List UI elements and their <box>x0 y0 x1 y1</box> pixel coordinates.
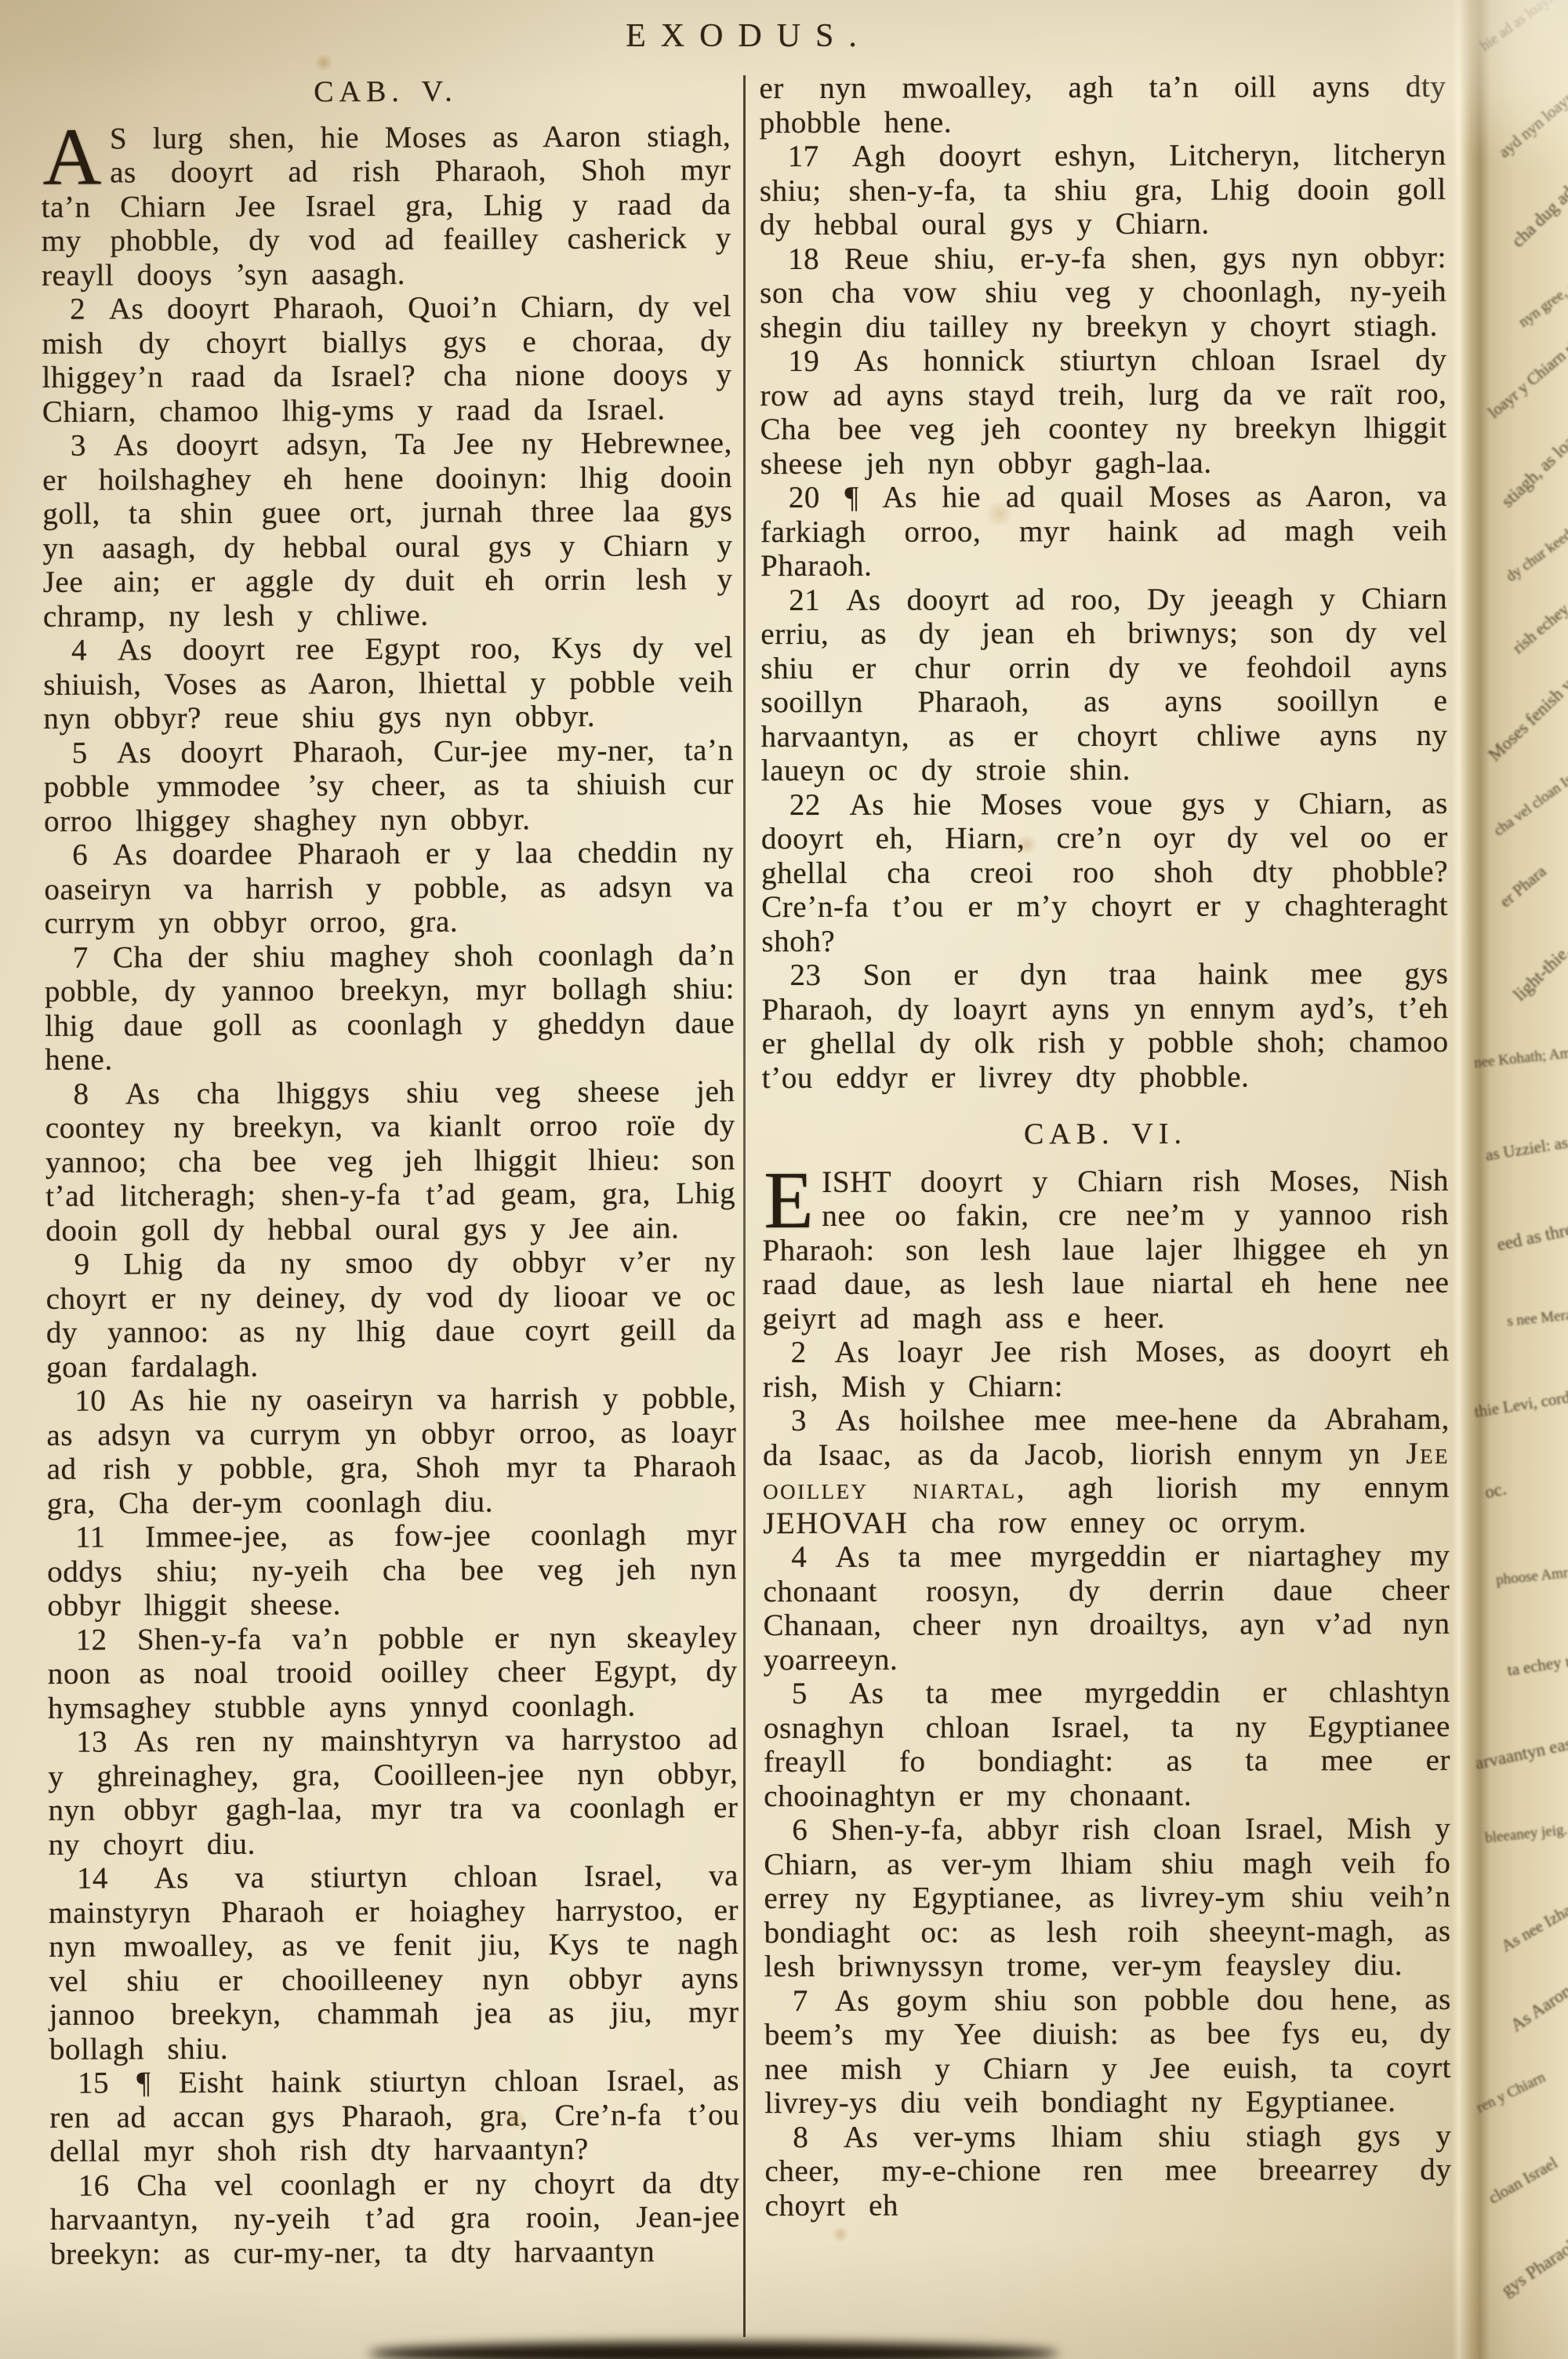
adjacent-page-text-fragment: ren y Chiarn <box>1474 2069 1548 2117</box>
verse-number: 10 <box>74 1383 129 1417</box>
verse: 2 As dooyrt Pharaoh, Quoi’n Chiarn, dy v… <box>42 289 732 429</box>
verse: 3 As dooyrt adsyn, Ta Jee ny Hebrewnee, … <box>42 426 733 634</box>
verse: 4 As ta mee myrgeddin er niartaghey my c… <box>763 1539 1450 1677</box>
verse-number: 8 <box>793 2120 844 2154</box>
foxing-stain <box>314 55 334 71</box>
verse: 18 Reue shiu, er-y-fa shen, gys nyn obby… <box>760 240 1446 344</box>
left-column: CAB. V.AS lurg shen, hie Moses as Aaron … <box>41 69 740 2271</box>
verse: 8 As cha lhiggys shiu veg sheese jeh coo… <box>45 1074 735 1248</box>
verse-number: 9 <box>74 1247 123 1281</box>
verse-number: 7 <box>793 1983 835 2017</box>
adjacent-page-text-fragment: bleeaney jeig. <box>1484 1822 1568 1848</box>
verse-number: 21 <box>789 583 846 616</box>
adjacent-page-text-fragment: eed as three bleea <box>1495 1209 1568 1255</box>
verse: 6 Shen-y-fa, abbyr rish cloan Israel, Mi… <box>764 1812 1451 1984</box>
verse-number: 4 <box>791 1540 835 1574</box>
verse-number: 3 <box>791 1404 836 1438</box>
foxing-stain <box>831 2227 850 2241</box>
verse-number: 5 <box>792 1677 849 1710</box>
page-title: EXODUS. <box>47 17 1450 55</box>
adjacent-page-edge: hie ad as loayrayd nyn loayr Mosescha du… <box>1452 0 1568 2359</box>
verse-number: 2 <box>70 293 109 326</box>
adjacent-page-text-fragment: cloan Israel <box>1485 2153 1561 2208</box>
verse: 8 As ver-yms lhiam shiu stiagh gys y che… <box>764 2118 1451 2223</box>
adjacent-page-text-fragment: thie Levi, corda <box>1473 1387 1568 1422</box>
adjacent-page-text-fragment: gys Pharaoh <box>1497 2234 1568 2301</box>
verse-number: 16 <box>78 2168 137 2202</box>
verse-number: 2 <box>791 1336 835 1369</box>
verse: EISHT dooyrt y Chiarn rish Moses, Nish n… <box>762 1163 1450 1336</box>
verse: 12 Shen-y-fa va’n pobble er nyn skeayley… <box>48 1620 739 1725</box>
adjacent-page-text-fragment: phoose Amram J <box>1495 1561 1568 1589</box>
adjacent-page-text-fragment: ta echey r’ee A <box>1506 1645 1568 1681</box>
verse-text: As hoilshee mee mee-hene da Abraham, da … <box>763 1402 1450 1472</box>
divine-name: JEHOVAH <box>763 1506 908 1539</box>
verse-number: 6 <box>792 1813 831 1847</box>
verse: 2 As loayr Jee rish Moses, as dooyrt eh … <box>763 1334 1450 1404</box>
adjacent-page-text-fragment: oc. <box>1483 1478 1508 1503</box>
adjacent-page-text-fragment: As nee Izhar; K <box>1498 1888 1568 1957</box>
adjacent-page-text-fragment: loayr y Chiarn rish M <box>1484 315 1568 422</box>
verse: 7 Cha der shiu maghey shoh coonlagh da’n… <box>45 938 735 1078</box>
chapter-heading: CAB. VI. <box>762 1117 1449 1153</box>
verse: 13 As ren ny mainshtyryn va harrystoo ad… <box>48 1722 739 1862</box>
verse-number: 14 <box>77 1861 154 1895</box>
adjacent-page-text-fragment: s nee Merari; Ma <box>1506 1303 1568 1331</box>
photo-bottom-shadow <box>368 2342 1058 2359</box>
verse-number: 4 <box>71 634 118 667</box>
verse-text: cha row enney oc orrym. <box>908 1505 1306 1539</box>
verse: 7 As goym shiu son pobble dou hene, as b… <box>764 1982 1451 2120</box>
chapter-heading: CAB. V. <box>41 74 731 111</box>
verse-continuation: er nyn mwoalley, agh ta’n oill ayns dty … <box>759 70 1446 140</box>
adjacent-page-text-fragment: er Phara <box>1496 862 1550 912</box>
verse-number: 23 <box>789 958 862 992</box>
verse: 20 ¶ As hie ad quail Moses as Aaron, va … <box>760 479 1447 583</box>
verse-number: 11 <box>75 1520 145 1554</box>
column-divider <box>743 75 746 2337</box>
verse-number: 22 <box>789 787 850 821</box>
verse: 6 As doardee Pharaoh er y laa cheddin ny… <box>44 835 735 940</box>
verse-number: 5 <box>72 736 117 769</box>
verse-number: 12 <box>76 1623 137 1656</box>
verse: 17 Agh dooyrt eshyn, Litcheryn, litchery… <box>760 138 1446 242</box>
adjacent-page-text-fragment: ayd nyn loayr Moses <box>1495 58 1568 162</box>
verse: 16 Cha vel coonlagh er ny choyrt da dty … <box>50 2166 741 2271</box>
adjacent-page-text-fragment: as Uzziel: as bleean <box>1484 1125 1568 1165</box>
verse: 3 As hoilshee mee mee-hene da Abraham, d… <box>763 1402 1450 1540</box>
verse-number: 17 <box>788 140 852 173</box>
verse: 10 As hie ny oaseiryn va harrish y pobbl… <box>46 1381 737 1521</box>
adjacent-page-text-fragment: As Aaron <box>1507 1981 1568 2037</box>
adjacent-page-text-fragment: cha dug ad geill da <box>1508 142 1568 251</box>
verse: 21 As dooyrt ad roo, Dy jeeagh y Chiarn … <box>760 581 1448 787</box>
verse-number: 8 <box>73 1077 125 1110</box>
verse-number: 18 <box>788 242 844 275</box>
adjacent-page-text-fragment: hie ad as loayr <box>1477 0 1557 55</box>
verse: 14 As va stiurtyn chloan Israel, va main… <box>49 1859 739 2066</box>
verse: 5 As dooyrt Pharaoh, Cur-jee my-ner, ta’… <box>44 733 735 838</box>
verse-number: 3 <box>71 429 114 463</box>
verse-number: 20 <box>789 481 845 514</box>
adjacent-page-text-fragment: Moses fenish y C <box>1484 663 1568 765</box>
adjacent-page-text-fragment: light-thie. <box>1510 941 1568 1005</box>
right-column: er nyn mwoalley, agh ta’n oill ayns dty … <box>759 70 1451 2223</box>
adjacent-page-text-fragment: stiagh, as loayr rish <box>1497 400 1568 512</box>
verse: 19 As honnick stiurtyn chloan Israel dy … <box>760 343 1446 481</box>
verse: 22 As hie Moses voue gys y Chiarn, as do… <box>761 786 1449 958</box>
verse-number: 13 <box>76 1725 134 1758</box>
adjacent-page-text-fragment: cha vel cloan Israel <box>1491 758 1568 840</box>
verse-number: 6 <box>72 838 113 872</box>
adjacent-page-text-fragment: rish echey, <box>1508 598 1568 658</box>
verse-number: 15 <box>78 2066 136 2099</box>
book-page: EXODUS. CAB. V.AS lurg shen, hie Moses a… <box>0 0 1568 2359</box>
drop-cap-initial: A <box>41 122 110 189</box>
verse-number: 19 <box>788 344 854 378</box>
drop-cap-initial: E <box>762 1165 822 1232</box>
verse-number: 7 <box>73 940 113 974</box>
verse: 15 ¶ Eisht haink stiurtyn chloan Israel,… <box>49 2063 740 2168</box>
verse: AS lurg shen, hie Moses as Aaron stiagh,… <box>41 119 731 293</box>
verse: 4 As dooyrt ree Egypt roo, Kys dy vel sh… <box>43 631 734 736</box>
verse: 5 As ta mee myrgeddin er chlashtyn osnag… <box>764 1675 1450 1813</box>
adjacent-page-text-fragment: arvaantyn eash Am <box>1473 1725 1568 1774</box>
verse-text: , agh liorish my ennym <box>1017 1470 1450 1505</box>
verse: 9 Lhig da ny smoo dy obbyr v’er ny choyr… <box>45 1245 736 1384</box>
verse: 11 Immee-jee, as fow-jee coonlagh myr od… <box>47 1518 738 1623</box>
verse: 23 Son er dyn traa haink mee gys Pharaoh… <box>761 957 1448 1095</box>
adjacent-page-text-fragment: nee Kohath; Amra <box>1473 1044 1568 1072</box>
